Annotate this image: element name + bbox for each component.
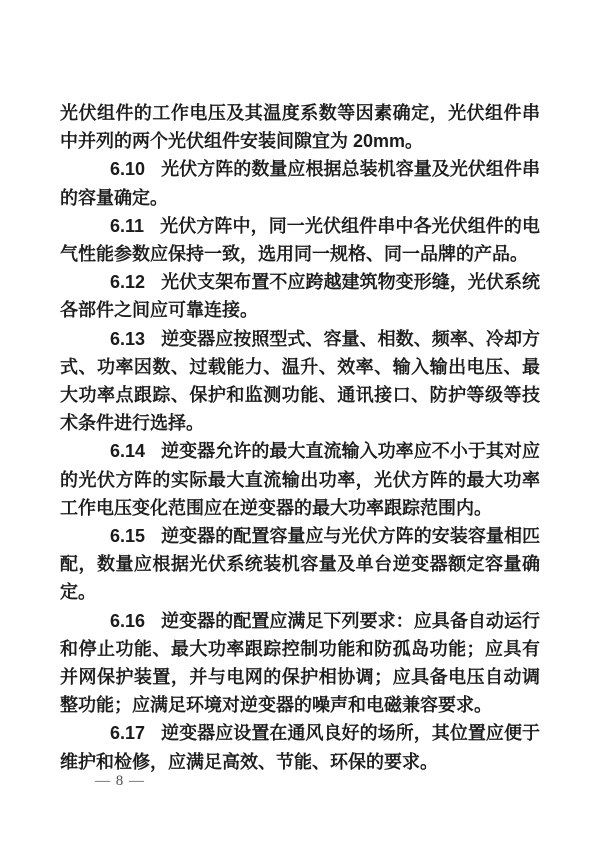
- section-number: 6.16: [110, 611, 145, 631]
- paragraph-6-10: 6.10光伏方阵的数量应根据总装机容量及光伏组件串的容量确定。: [60, 155, 540, 211]
- paragraph-6-13: 6.13逆变器应按照型式、容量、相数、频率、冷却方式、功率因数、过载能力、温升、…: [60, 325, 540, 438]
- paragraph-text: 光伏组件的工作电压及其温度系数等因素确定，光伏组件串中并列的两个光伏组件安装间隙…: [60, 103, 540, 151]
- page-number: — 8 —: [95, 773, 145, 790]
- paragraph-6-12: 6.12光伏支架布置不应跨越建筑物变形缝，光伏系统各部件之间应可靠连接。: [60, 268, 540, 324]
- section-number: 6.17: [110, 723, 145, 743]
- paragraph-6-15: 6.15逆变器的配置容量应与光伏方阵的安装容量相匹配，数量应根据光伏系统装机容量…: [60, 522, 540, 607]
- section-number: 6.12: [110, 272, 145, 292]
- section-number: 6.13: [110, 329, 145, 349]
- section-number: 6.10: [110, 159, 145, 179]
- paragraph-6-14: 6.14逆变器允许的最大直流输入功率应不小于其对应的光伏方阵的实际最大直流输出功…: [60, 437, 540, 522]
- section-number: 6.15: [110, 526, 145, 546]
- document-body: 光伏组件的工作电压及其温度系数等因素确定，光伏组件串中并列的两个光伏组件安装间隙…: [60, 99, 540, 776]
- section-number: 6.14: [110, 441, 145, 461]
- paragraph-6-11: 6.11光伏方阵中，同一光伏组件串中各光伏组件的电气性能参数应保持一致，选用同一…: [60, 212, 540, 268]
- body-paragraph-continuation: 光伏组件的工作电压及其温度系数等因素确定，光伏组件串中并列的两个光伏组件安装间隙…: [60, 99, 540, 155]
- paragraph-6-16: 6.16逆变器的配置应满足下列要求：应具备自动运行和停止功能、最大功率跟踪控制功…: [60, 607, 540, 720]
- paragraph-6-17: 6.17逆变器应设置在通风良好的场所，其位置应便于维护和检修，应满足高效、节能、…: [60, 719, 540, 775]
- section-number: 6.11: [110, 216, 144, 236]
- document-page: 光伏组件的工作电压及其温度系数等因素确定，光伏组件串中并列的两个光伏组件安装间隙…: [0, 0, 600, 848]
